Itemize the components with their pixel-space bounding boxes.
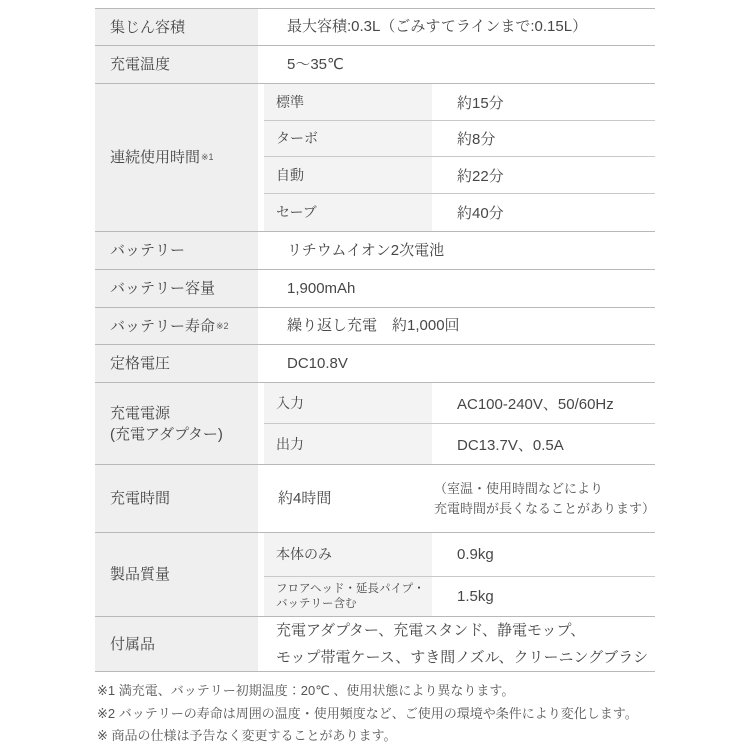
row-value-wrap: 最大容積:0.3L（ごみすてラインまで:0.15L） xyxy=(264,9,655,45)
footnote: ※1 満充電、バッテリー初期温度：20℃ 、使用状態により異なります。 xyxy=(97,680,677,703)
row-label: 定格電圧 xyxy=(95,345,258,382)
footnote: ※ 商品の仕様は予告なく変更することがあります。 xyxy=(97,725,677,748)
row-value: DC10.8V xyxy=(264,353,348,375)
row-label: 付属品 xyxy=(95,617,258,671)
spec-row: 集じん容積最大容積:0.3L（ごみすてラインまで:0.15L） xyxy=(95,9,655,46)
subrow-value: 約22分 xyxy=(432,157,655,193)
row-label-text: バッテリー容量 xyxy=(110,278,215,299)
subrow-value: AC100-240V、50/60Hz xyxy=(432,383,655,423)
spec-row: 付属品充電アダプター、充電スタンド、静電モップ、 モップ帯電ケース、すき間ノズル… xyxy=(95,617,655,672)
spec-row: バッテリーリチウムイオン2次電池 xyxy=(95,232,655,270)
row-value: 1,900mAh xyxy=(264,278,355,300)
subrow-label: 自動 xyxy=(264,157,432,193)
spec-subrow: 本体のみ0.9kg xyxy=(264,533,655,577)
subrow-value: 約8分 xyxy=(432,121,655,156)
row-body: 標準約15分ターボ約8分自動約22分セーブ約40分 xyxy=(264,84,655,231)
row-value: 5～35℃ xyxy=(264,54,344,76)
footnotes: ※1 満充電、バッテリー初期温度：20℃ 、使用状態により異なります。※2 バッ… xyxy=(97,680,677,748)
spec-subrow: 自動約22分 xyxy=(264,157,655,194)
row-label-text: バッテリー寿命 xyxy=(110,316,215,337)
spec-subrow: フロアヘッド・延長パイプ・ バッテリー含む1.5kg xyxy=(264,577,655,616)
subrow-label: セーブ xyxy=(264,194,432,231)
spec-row: 製品質量本体のみ0.9kgフロアヘッド・延長パイプ・ バッテリー含む1.5kg xyxy=(95,533,655,617)
row-value-wrap: 繰り返し充電 約1,000回 xyxy=(264,308,655,344)
row-label: 集じん容積 xyxy=(95,9,258,45)
spec-subrow: ターボ約8分 xyxy=(264,121,655,157)
subrow-value: 約15分 xyxy=(432,84,655,120)
row-label: バッテリー容量 xyxy=(95,270,258,307)
spec-table: 集じん容積最大容積:0.3L（ごみすてラインまで:0.15L）充電温度5～35℃… xyxy=(95,8,655,672)
row-body: 最大容積:0.3L（ごみすてラインまで:0.15L） xyxy=(264,9,655,45)
spec-row: 充電温度5～35℃ xyxy=(95,46,655,84)
subrow-value: DC13.7V、0.5A xyxy=(432,424,655,464)
subrow-value: 1.5kg xyxy=(432,577,655,616)
subrow-label: 本体のみ xyxy=(264,533,432,576)
row-body: 1,900mAh xyxy=(264,270,655,307)
row-label-text: 充電電源 (充電アダプター) xyxy=(110,403,223,445)
subrow-value: 約40分 xyxy=(432,194,655,231)
row-body: 本体のみ0.9kgフロアヘッド・延長パイプ・ バッテリー含む1.5kg xyxy=(264,533,655,616)
row-value-wrap: 充電アダプター、充電スタンド、静電モップ、 モップ帯電ケース、すき間ノズル、クリ… xyxy=(264,617,655,671)
row-body: 充電アダプター、充電スタンド、静電モップ、 モップ帯電ケース、すき間ノズル、クリ… xyxy=(264,617,655,671)
subrow-label: 入力 xyxy=(264,383,432,423)
footnote-marker: ※1 xyxy=(201,153,214,162)
row-label-text: 連続使用時間 xyxy=(110,147,200,168)
row-value-wrap: 約4時間（室温・使用時間などにより 充電時間が長くなることがあります） xyxy=(264,465,655,532)
spec-subrow: 標準約15分 xyxy=(264,84,655,121)
row-value: 最大容積:0.3L（ごみすてラインまで:0.15L） xyxy=(264,16,587,38)
row-value-wrap: 1,900mAh xyxy=(264,270,655,307)
row-value-wrap: 5～35℃ xyxy=(264,46,655,83)
spec-sheet-page: 集じん容積最大容積:0.3L（ごみすてラインまで:0.15L）充電温度5～35℃… xyxy=(0,0,750,750)
row-value-wrap: DC10.8V xyxy=(264,345,655,382)
row-label-text: 付属品 xyxy=(110,634,155,655)
spec-row: 連続使用時間※1標準約15分ターボ約8分自動約22分セーブ約40分 xyxy=(95,84,655,232)
spec-row: 定格電圧DC10.8V xyxy=(95,345,655,383)
row-value: リチウムイオン2次電池 xyxy=(264,240,444,262)
row-body: 約4時間（室温・使用時間などにより 充電時間が長くなることがあります） xyxy=(264,465,655,532)
subrow-value: 0.9kg xyxy=(432,533,655,576)
row-value-wrap: リチウムイオン2次電池 xyxy=(264,232,655,269)
row-label-text: 充電時間 xyxy=(110,488,170,509)
footnote-marker: ※2 xyxy=(216,322,229,331)
subrow-label: ターボ xyxy=(264,121,432,156)
row-label: 連続使用時間※1 xyxy=(95,84,258,231)
subrow-label: 標準 xyxy=(264,84,432,120)
row-value: 繰り返し充電 約1,000回 xyxy=(264,315,460,337)
row-value: 充電アダプター、充電スタンド、静電モップ、 モップ帯電ケース、すき間ノズル、クリ… xyxy=(264,617,648,671)
row-label: 充電電源 (充電アダプター) xyxy=(95,383,258,464)
row-label-text: 製品質量 xyxy=(110,564,170,585)
spec-row: 充電時間約4時間（室温・使用時間などにより 充電時間が長くなることがあります） xyxy=(95,465,655,533)
row-label: 充電時間 xyxy=(95,465,258,532)
row-label-text: 定格電圧 xyxy=(110,353,170,374)
spec-subrow: セーブ約40分 xyxy=(264,194,655,231)
row-body: 入力AC100-240V、50/60Hz出力DC13.7V、0.5A xyxy=(264,383,655,464)
row-label: バッテリー xyxy=(95,232,258,269)
row-label-text: 集じん容積 xyxy=(110,17,185,38)
row-value: 約4時間 xyxy=(264,488,434,510)
row-label-text: バッテリー xyxy=(110,240,185,261)
row-body: 繰り返し充電 約1,000回 xyxy=(264,308,655,344)
row-label-text: 充電温度 xyxy=(110,54,170,75)
spec-subrow: 入力AC100-240V、50/60Hz xyxy=(264,383,655,424)
row-body: 5～35℃ xyxy=(264,46,655,83)
row-label: バッテリー寿命※2 xyxy=(95,308,258,344)
spec-row: 充電電源 (充電アダプター)入力AC100-240V、50/60Hz出力DC13… xyxy=(95,383,655,465)
row-label: 製品質量 xyxy=(95,533,258,616)
footnote: ※2 バッテリーの寿命は周囲の温度・使用頻度など、ご使用の環境や条件により変化し… xyxy=(97,703,677,726)
spec-subrow: 出力DC13.7V、0.5A xyxy=(264,424,655,464)
subrow-label: 出力 xyxy=(264,424,432,464)
row-label: 充電温度 xyxy=(95,46,258,83)
subrow-label: フロアヘッド・延長パイプ・ バッテリー含む xyxy=(264,577,432,616)
row-body: DC10.8V xyxy=(264,345,655,382)
spec-row: バッテリー寿命※2繰り返し充電 約1,000回 xyxy=(95,308,655,345)
row-note: （室温・使用時間などにより 充電時間が長くなることがあります） xyxy=(434,479,655,519)
row-body: リチウムイオン2次電池 xyxy=(264,232,655,269)
spec-row: バッテリー容量1,900mAh xyxy=(95,270,655,308)
